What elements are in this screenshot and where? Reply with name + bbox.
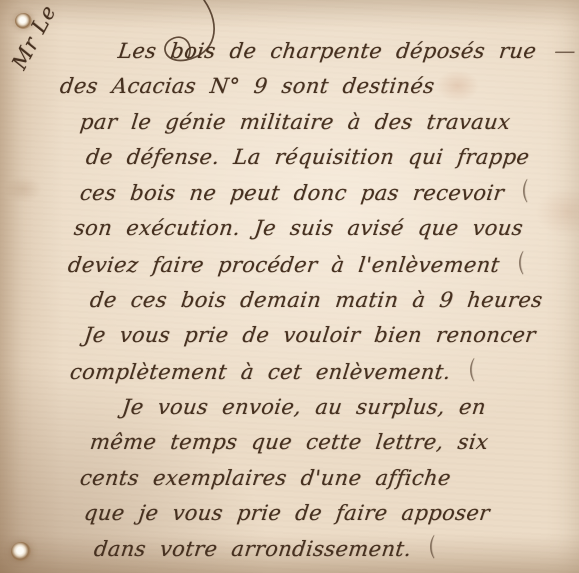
handwritten-line: de ces bois demain matin à 9 heures [90, 283, 571, 318]
paragraph-1: Les bois de charpente déposés rue des Ac… [74, 34, 571, 390]
margin-annotation: Mr Le [7, 1, 61, 74]
handwritten-line: de défense. La réquisition qui frappe [86, 140, 571, 175]
handwritten-line: même temps que cette lettre, six [90, 425, 571, 460]
handwritten-line: par le génie militaire à des travaux [80, 105, 571, 140]
handwritten-line: Les bois de charpente déposés rue [118, 34, 571, 69]
letter-page: Mr Le Les bois de charpente déposés rue … [0, 0, 579, 573]
handwritten-line: son exécution. Je suis avisé que vous [74, 211, 571, 246]
handwritten-line: complètement à cet enlèvement. [70, 354, 571, 390]
paragraph-2: Je vous envoie, au surplus, en même temp… [74, 390, 571, 567]
handwritten-line: des Acacias N° 9 sont destinés [60, 69, 571, 104]
handwritten-line: Je vous prie de vouloir bien renoncer [84, 318, 571, 353]
handwritten-line: dans votre arrondissement. [94, 531, 571, 567]
handwritten-line: que je vous prie de faire apposer [84, 496, 571, 531]
pinhole-bottom-left [11, 542, 31, 561]
handwritten-line: cents exemplaires d'une affiche [80, 461, 571, 496]
letter-body: Les bois de charpente déposés rue des Ac… [74, 34, 571, 567]
handwritten-line: deviez faire procéder à l'enlèvement [68, 247, 571, 283]
handwritten-line: Je vous envoie, au surplus, en [122, 390, 571, 425]
handwritten-line: ces bois ne peut donc pas recevoir [80, 175, 571, 211]
